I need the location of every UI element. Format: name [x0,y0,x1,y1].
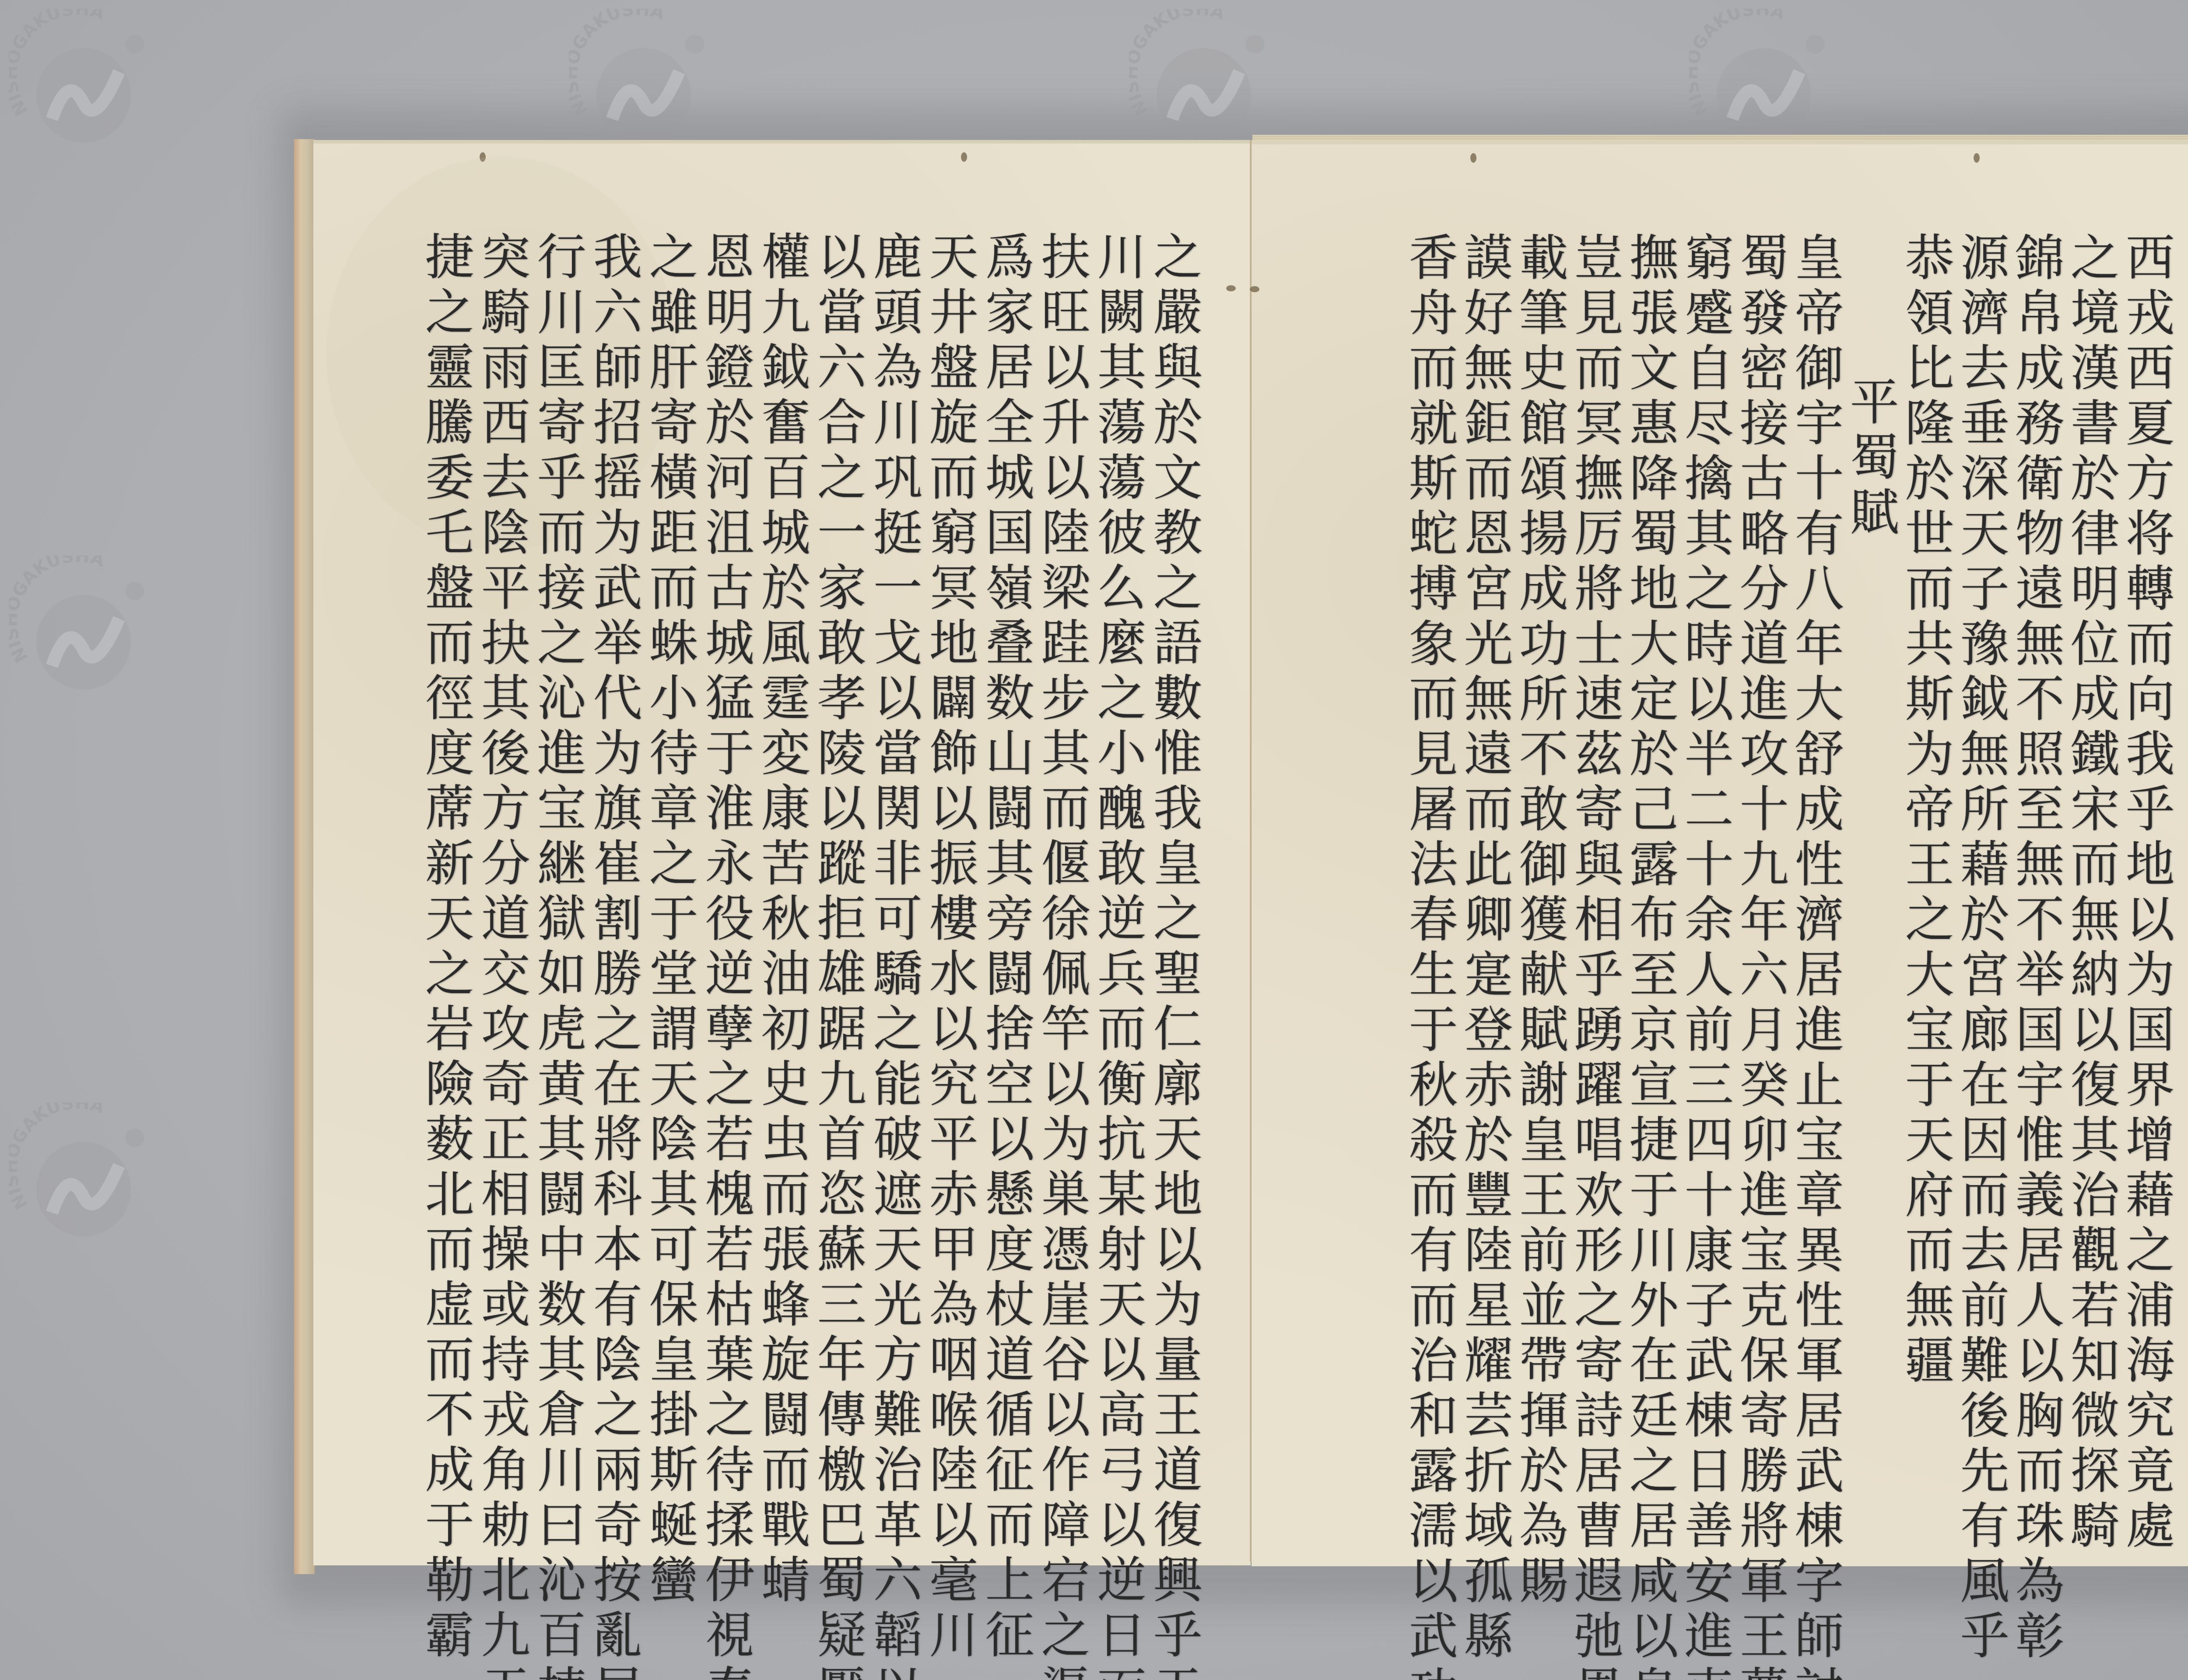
right-page-text: 西戎西夏方将轉而向我乎地以为国界增藉之浦海究竟處 之境漢書於律明位成鐵宋而無納以… [1402,232,2170,1501]
text-column: 之境漢書於律明位成鐵宋而無納以復其治觀若知微探騎 [2064,232,2115,1501]
text-column: 謨好無鉅而恩宮光無遠而此卿寔登赤於豐陸星耀芸折域孤縣 [1457,232,1509,1501]
section-heading: 平蜀賦 [1843,232,1895,1501]
text-column: 蜀發密接古略分道進攻十九年六月癸卯進宝克保寄勝將軍王薨藩 [1733,232,1785,1501]
binding-hole [1226,285,1236,291]
text-column: 扶旺以升以陸梁跬步其而偃徐佩竿以为巣憑崖谷以作障宕之渠 [1034,231,1086,1500]
text-column: 之嚴與於文教之語數惟我皇之聖仁廓天地以为量王道復興乎天 [1147,231,1198,1500]
text-column: 鹿頭為川巩挺一戈以當関非可驕之能破遮天光方難治革六韜以備 [866,231,918,1500]
text-column: 撫張文惠降蜀地大定於己露布至京宣捷于川外在廷之居咸以皇上席蹤 [1623,232,1674,1501]
text-column: 之雖肝寄橫距而蛛小待章之于堂謂天陰其可保皇掛斯蜒蠻 [642,231,694,1500]
right-page: 西戎西夏方将轉而向我乎地以为国界增藉之浦海究竟處 之境漢書於律明位成鐵宋而無納以… [1252,140,2188,1566]
text-column: 我六師招摇为武举代为旗崔割勝之在將科本有陰之兩奇按亂居於 [586,231,638,1500]
text-column: 恩明鐙於河沮古城猛于淮永役逆孽之若槐若枯葉之待揉伊視奏 [698,231,750,1500]
text-column: 香舟而就斯蛇搏象而見屠法春生于秋殺而有而治和露濡以武功 [1402,232,1454,1501]
left-page-text: 之嚴與於文教之語數惟我皇之聖仁廓天地以为量王道復興乎天 川闕其蕩蕩彼么麼之小醜敢… [418,231,1198,1500]
text-column: 豈見而冥撫厉將士速茲寄與相乎踴躍唱欢形之寄詩居曹遐弛恩 [1567,232,1619,1501]
text-column: 西戎西夏方将轉而向我乎地以为国界增藉之浦海究竟處 [2119,232,2170,1501]
watermark-logo: NISHOGAKUSHA [9,9,166,166]
text-column: 川闕其蕩蕩彼么麼之小醜敢逆兵而衡抗某射天以高弓以逆日而敎 [1090,231,1142,1500]
watermark-logo: NISHOGAKUSHA [9,556,166,713]
text-column: 爲家居全城国嶺叠数山闘其旁闘捨空以懸度杖道循征而上征 [978,231,1030,1500]
book-cover-edge [294,139,315,1574]
binding-hole [1974,153,1980,163]
circle-n-logo-icon: NISHOGAKUSHA [9,556,166,713]
text-column: 捷之靈騰委乇盤而徑度蓆新天之岩險薮北而虚而不成于勒霸 [418,231,470,1500]
text-column: 天井盤旋而窮冥地闢飾以振樓水以究平赤甲為咽喉陸以毫川 [922,231,974,1500]
text-column: 源濟去垂深天子豫鉞無所藉於宮廊在因而去前難後先有風乎 [1953,232,2005,1501]
watermark-logo: NISHOGAKUSHA [9,1102,166,1260]
binding-hole [1250,286,1259,292]
open-book: 之嚴與於文教之語數惟我皇之聖仁廓天地以为量王道復興乎天 川闕其蕩蕩彼么麼之小醜敢… [294,127,2188,1575]
left-page: 之嚴與於文教之語數惟我皇之聖仁廓天地以为量王道復興乎天 川闕其蕩蕩彼么麼之小醜敢… [313,140,1251,1565]
text-column: 突騎雨西去陰平抉其後方分道交攻奇正相操或持戎角勅北九天怯 [474,231,526,1500]
text-column: 皇帝御宇十有八年大舒成性濟居進止宝章異性軍居武棟字師討 [1788,232,1840,1501]
text-column: 行川匡寄乎而接之沁進宝継獄如虎黄其闘中数其倉川曰沁百棟 [530,231,582,1500]
binding-hole [1470,153,1476,163]
text-column: 以當六合之一家敢孝陵以蹤拒雄踞九首恣蘇三年傳檄巴蜀疑壓 [810,231,862,1500]
binding-hole [961,152,967,162]
text-column: 恭領比隆於世而共斯为帝王之大宝于天府而無疆 [1898,232,1950,1501]
text-column: 載筆史館頌揚成功所不敢御獲献賦謝皇王前並帶揮於為賜 [1512,232,1564,1501]
circle-n-logo-icon: NISHOGAKUSHA [9,1102,166,1260]
circle-n-logo-icon: NISHOGAKUSHA [9,9,166,166]
text-column: 窮蹙自尽擒其之時以半二十余人前三四十康子武棟日善安進克成都伽巡 [1678,232,1729,1501]
text-column: 權九鉞奮百城於風霆変康苦秋油初史虫而張蜂旋闘而戰蜻 [754,231,806,1500]
text-column: 錦帛成務衛物遠無不照至無不举国宇惟義居人以胸而珠為彰 [2009,232,2060,1501]
